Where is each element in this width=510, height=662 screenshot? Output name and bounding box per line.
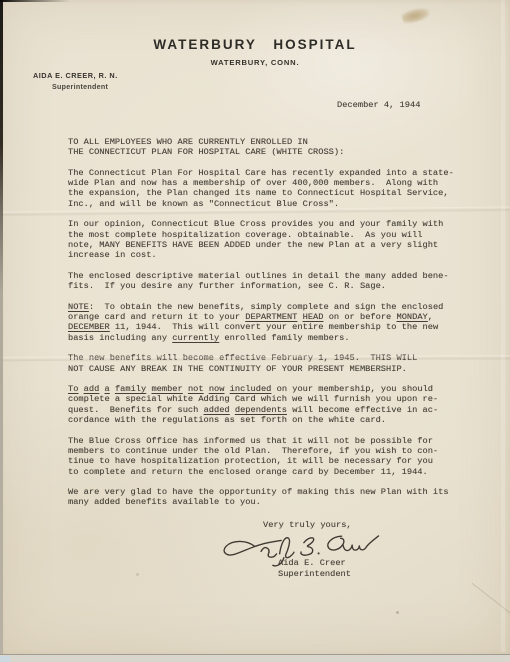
signer-typed-title: Superintendent (278, 569, 351, 579)
speck (396, 611, 399, 614)
paragraph: The Connecticut Plan For Hospital Care h… (68, 168, 472, 209)
signer-typed-name: Aida E. Creer (278, 558, 346, 568)
letterhead-city: WATERBURY, CONN. (0, 58, 510, 67)
speck (200, 140, 203, 143)
scan-edge-left (0, 0, 3, 655)
scan-edge-top (0, 0, 70, 2)
letterhead-hospital-name: WATERBURY HOSPITAL (0, 37, 510, 52)
paragraph: In our opinion, Connecticut Blue Cross p… (68, 219, 472, 260)
paragraph: TO ALL EMPLOYEES WHO ARE CURRENTLY ENROL… (68, 137, 472, 158)
paragraph: We are very glad to have the opportunity… (68, 487, 472, 508)
letterhead-officer-title: Superintendent (52, 83, 108, 91)
scan-edge-right (501, 0, 505, 652)
speck (136, 573, 139, 576)
letter-body: TO ALL EMPLOYEES WHO ARE CURRENTLY ENROL… (68, 137, 472, 518)
corner-mark (0, 656, 10, 662)
letter-date: December 4, 1944 (337, 100, 420, 110)
paragraph: To add a family member not now included … (68, 384, 472, 425)
paragraph: NOTE: To obtain the new benefits, simply… (68, 302, 472, 343)
paragraph: The enclosed descriptive material outlin… (68, 271, 472, 292)
paragraph: The Blue Cross Office has informed us th… (68, 436, 472, 477)
scan-background-strip (0, 654, 510, 662)
letterhead-officer-name: AIDA E. CREER, R. N. (33, 71, 118, 80)
scanned-letter: WATERBURY HOSPITAL WATERBURY, CONN. AIDA… (0, 0, 510, 662)
